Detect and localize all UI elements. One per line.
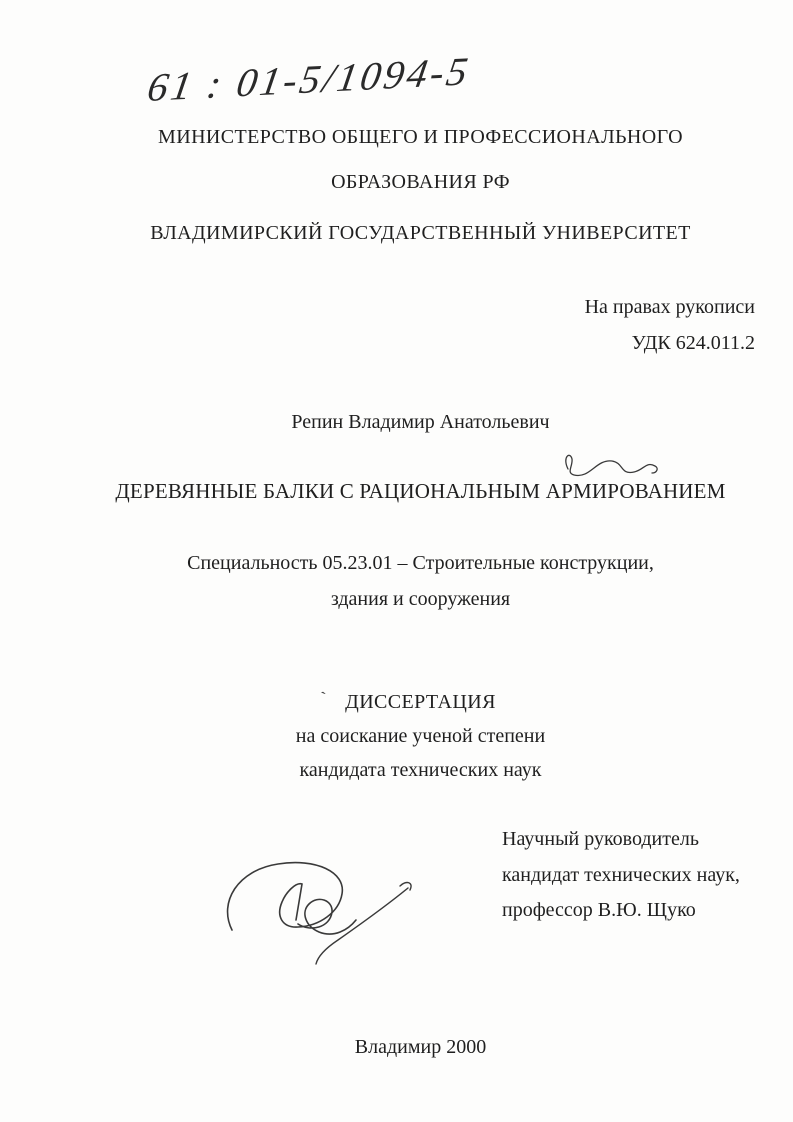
specialty-line-2: здания и сооружения	[24, 588, 793, 611]
supervisor-name: профессор В.Ю. Щуко	[502, 899, 696, 922]
degree-line-1: на соискание ученой степени	[24, 725, 793, 748]
udc-code: УДК 624.011.2	[632, 332, 755, 355]
supervisor-degree: кандидат технических наук,	[502, 864, 740, 887]
ministry-line-2: ОБРАЗОВАНИЯ РФ	[24, 171, 793, 194]
signature-handwriting	[198, 842, 433, 967]
handwritten-accession-number: 61 : 01-5/1094-5	[144, 47, 474, 111]
degree-line-2: кандидата технических наук	[24, 759, 793, 782]
specialty-line-1: Специальность 05.23.01 – Строительные ко…	[24, 552, 793, 575]
manuscript-rights-note: На правах рукописи	[585, 296, 755, 319]
ministry-line-1: МИНИСТЕРСТВО ОБЩЕГО И ПРОФЕССИОНАЛЬНОГО	[24, 126, 793, 149]
city-and-year: Владимир 2000	[24, 1036, 793, 1059]
scanned-title-page: 61 : 01-5/1094-5 МИНИСТЕРСТВО ОБЩЕГО И П…	[0, 0, 793, 1122]
document-type-heading: ДИССЕРТАЦИЯ	[24, 691, 793, 714]
dissertation-title: ДЕРЕВЯННЫЕ БАЛКИ С РАЦИОНАЛЬНЫМ АРМИРОВА…	[24, 479, 793, 504]
author-name: Репин Владимир Анатольевич	[24, 411, 793, 434]
supervisor-label: Научный руководитель	[502, 828, 699, 851]
university-name: ВЛАДИМИРСКИЙ ГОСУДАРСТВЕННЫЙ УНИВЕРСИТЕТ	[24, 222, 793, 245]
